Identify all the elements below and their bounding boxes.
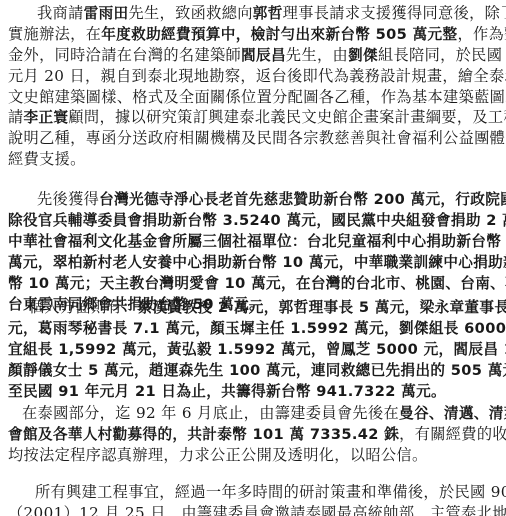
text: 我商請 — [37, 4, 84, 22]
bold-text: 劉傑 — [348, 47, 378, 64]
text-line: 金外，同時洽請在台灣的名建築師閻辰昌先生，由劉傑組長陪同，於民國 90 年 — [8, 45, 506, 66]
bold-text: 至民國 91 年元月 21 日為止，共籌得新台幣 941.7322 萬元。 — [8, 383, 446, 400]
text: ，有關經費的收支與徵信 — [399, 425, 506, 443]
text: （2001）12 月 25 日，由籌建委員會邀請泰國最高統帥部，主管泰北地區事務… — [8, 504, 506, 516]
text: 經費支援。 — [8, 150, 86, 168]
text-line: 萬元，翠柏新村老人安養中心捐助新台幣 10 萬元，中華職業訓練中心捐助新台 — [8, 252, 506, 273]
text-line: 會館及各華人村勸募得的，共計泰幣 101 萬 7335.42 銖，有關經費的收支… — [8, 424, 506, 445]
text-line: 經費支援。 — [8, 149, 86, 170]
text-line: 我商請雷雨田先生，致函救總向郭哲理事長請求支援獲得同意後，除了策訂 — [37, 3, 506, 24]
text-line: 至民國 91 年元月 21 日為止，共籌得新台幣 941.7322 萬元。 — [8, 381, 446, 402]
text-line: 先後獲得台灣光德寺淨心長老首先慈悲贊助新台幣 200 萬元，行政院國軍退 — [37, 189, 506, 210]
text-line: 元月 20 日，親自到泰北現地勘察，返台後即代為義務設計規畫，繪全泰北義民 — [8, 66, 506, 87]
text-line: （2001）12 月 25 日，由籌建委員會邀請泰國最高統帥部，主管泰北地區事務… — [8, 503, 506, 516]
text-line: 實施辦法，在年度救助經費預算中，檢討勻出來新台幣 505 萬元整，作為整備基 — [8, 24, 506, 45]
text-line: 均按法定程序認真辦理，力求公正公開及透明化，以昭公信。 — [8, 445, 428, 466]
bold-text: 郭哲 — [253, 5, 283, 22]
text-line: 除役官兵輔導委員會捐助新台幣 3.5240 萬元，國民黨中央組發會捐助 2 萬元… — [8, 210, 506, 231]
text-line: 所有興建工程事宜，經過一年多時間的研討策畫和準備後，於民國 90 年 — [35, 482, 506, 503]
bold-text: 閻辰昌 — [241, 47, 286, 64]
text-line: 文史館建築圖樣、格式及全面關係位置分配圖各乙種，作為基本建築藍圖。接著 — [8, 87, 506, 108]
bold-text: 年度救助經費預算中，檢討勻出來新台幣 505 萬元整 — [101, 26, 457, 43]
text: 個人方面則有： — [29, 298, 138, 316]
bold-text: 萬元，翠柏新村老人安養中心捐助新台幣 10 萬元，中華職業訓練中心捐助新台 — [8, 254, 506, 271]
text-line: 說明乙種，專函分送政府相關機構及民間各宗教慈善與社會福利公益團體，爭取 — [8, 128, 506, 149]
bold-text: 幣 10 萬元；天主教台灣明愛會 10 萬元，在台灣的台北市、桃園、台南、花蓮、 — [8, 275, 506, 292]
text: 均按法定程序認真辦理，力求公正公開及透明化，以昭公信。 — [8, 446, 428, 464]
bold-text: 曼谷、清邁、清萊雲南 — [399, 405, 506, 422]
text: 金外，同時洽請在台灣的名建築師 — [8, 46, 241, 64]
bold-text: 台灣光德寺淨心長老首先慈悲贊助新台幣 200 萬元，行政院國軍退 — [99, 191, 506, 208]
text: 組長陪同，於民國 90 年 — [378, 46, 506, 64]
text: 先生，由 — [286, 46, 348, 64]
text: ，作為整備基 — [457, 25, 506, 43]
bold-text: 會館及各華人村勸募得的，共計泰幣 101 萬 7335.42 銖 — [8, 426, 399, 443]
text: 顧問，據以研究策訂興建泰北義民文史館企畫案計畫綱要，及工程重點 — [68, 108, 506, 126]
text: 先後獲得 — [37, 190, 99, 208]
text-line: 幣 10 萬元；天主教台灣明愛會 10 萬元，在台灣的台北市、桃園、台南、花蓮、 — [8, 273, 506, 294]
text-line: 中華社會福利文化基金會所屬三個社福單位：台北兒童福利中心捐助新台幣 20 — [8, 231, 506, 252]
bold-text: 李正寰 — [24, 109, 69, 126]
bold-text: 元，葛雨琴秘書長 7.1 萬元，顏玉墀主任 1.5992 萬元，劉傑組長 600… — [8, 320, 506, 337]
text-line: 個人方面則有：蔡漢賢教授 2 萬元，郭哲理事長 5 萬元，梁永章董事長 5 萬 — [29, 297, 506, 318]
text: 在泰國部分，迄 92 年 6 月底止，由籌建委員會先後在 — [22, 404, 399, 422]
bold-text: 除役官兵輔導委員會捐助新台幣 3.5240 萬元，國民黨中央組發會捐助 2 萬元… — [8, 212, 506, 229]
text: 說明乙種，專函分送政府相關機構及民間各宗教慈善與社會福利公益團體，爭取 — [8, 129, 506, 147]
text: 元月 20 日，親自到泰北現地勘察，返台後即代為義務設計規畫，繪全泰北義民 — [8, 67, 506, 85]
bold-text: 顏靜儀女士 5 萬元，趙運森先生 100 萬元，連同救總已先捐出的 505 萬元… — [8, 362, 506, 379]
text-line: 宜組長 1,5992 萬元，黃弘毅 1.5992 萬元，曾鳳芝 5000 元，閻… — [8, 339, 506, 360]
text: 先生，致函救總向 — [128, 4, 252, 22]
bold-text: 宜組長 1,5992 萬元，黃弘毅 1.5992 萬元，曾鳳芝 5000 元，閻… — [8, 341, 506, 358]
text-line: 請李正寰顧問，據以研究策訂興建泰北義民文史館企畫案計畫綱要，及工程重點 — [8, 107, 506, 128]
text: 理事長請求支援獲得同意後，除了策訂 — [283, 4, 506, 22]
text-line: 元，葛雨琴秘書長 7.1 萬元，顏玉墀主任 1.5992 萬元，劉傑組長 600… — [8, 318, 506, 339]
text: 請 — [8, 108, 24, 126]
text: 所有興建工程事宜，經過一年多時間的研討策畫和準備後，於民國 90 年 — [35, 483, 506, 501]
text: 實施辦法，在 — [8, 25, 101, 43]
bold-text: 中華社會福利文化基金會所屬三個社福單位：台北兒童福利中心捐助新台幣 20 — [8, 233, 506, 250]
bold-text: 蔡漢賢教授 2 萬元，郭哲理事長 5 萬元，梁永章董事長 5 萬 — [138, 299, 506, 316]
text-line: 在泰國部分，迄 92 年 6 月底止，由籌建委員會先後在曼谷、清邁、清萊雲南 — [22, 403, 506, 424]
bold-text: 雷雨田 — [84, 5, 129, 22]
text-line: 顏靜儀女士 5 萬元，趙運森先生 100 萬元，連同救總已先捐出的 505 萬元… — [8, 360, 506, 381]
text: 文史館建築圖樣、格式及全面關係位置分配圖各乙種，作為基本建築藍圖。接著 — [8, 88, 506, 106]
